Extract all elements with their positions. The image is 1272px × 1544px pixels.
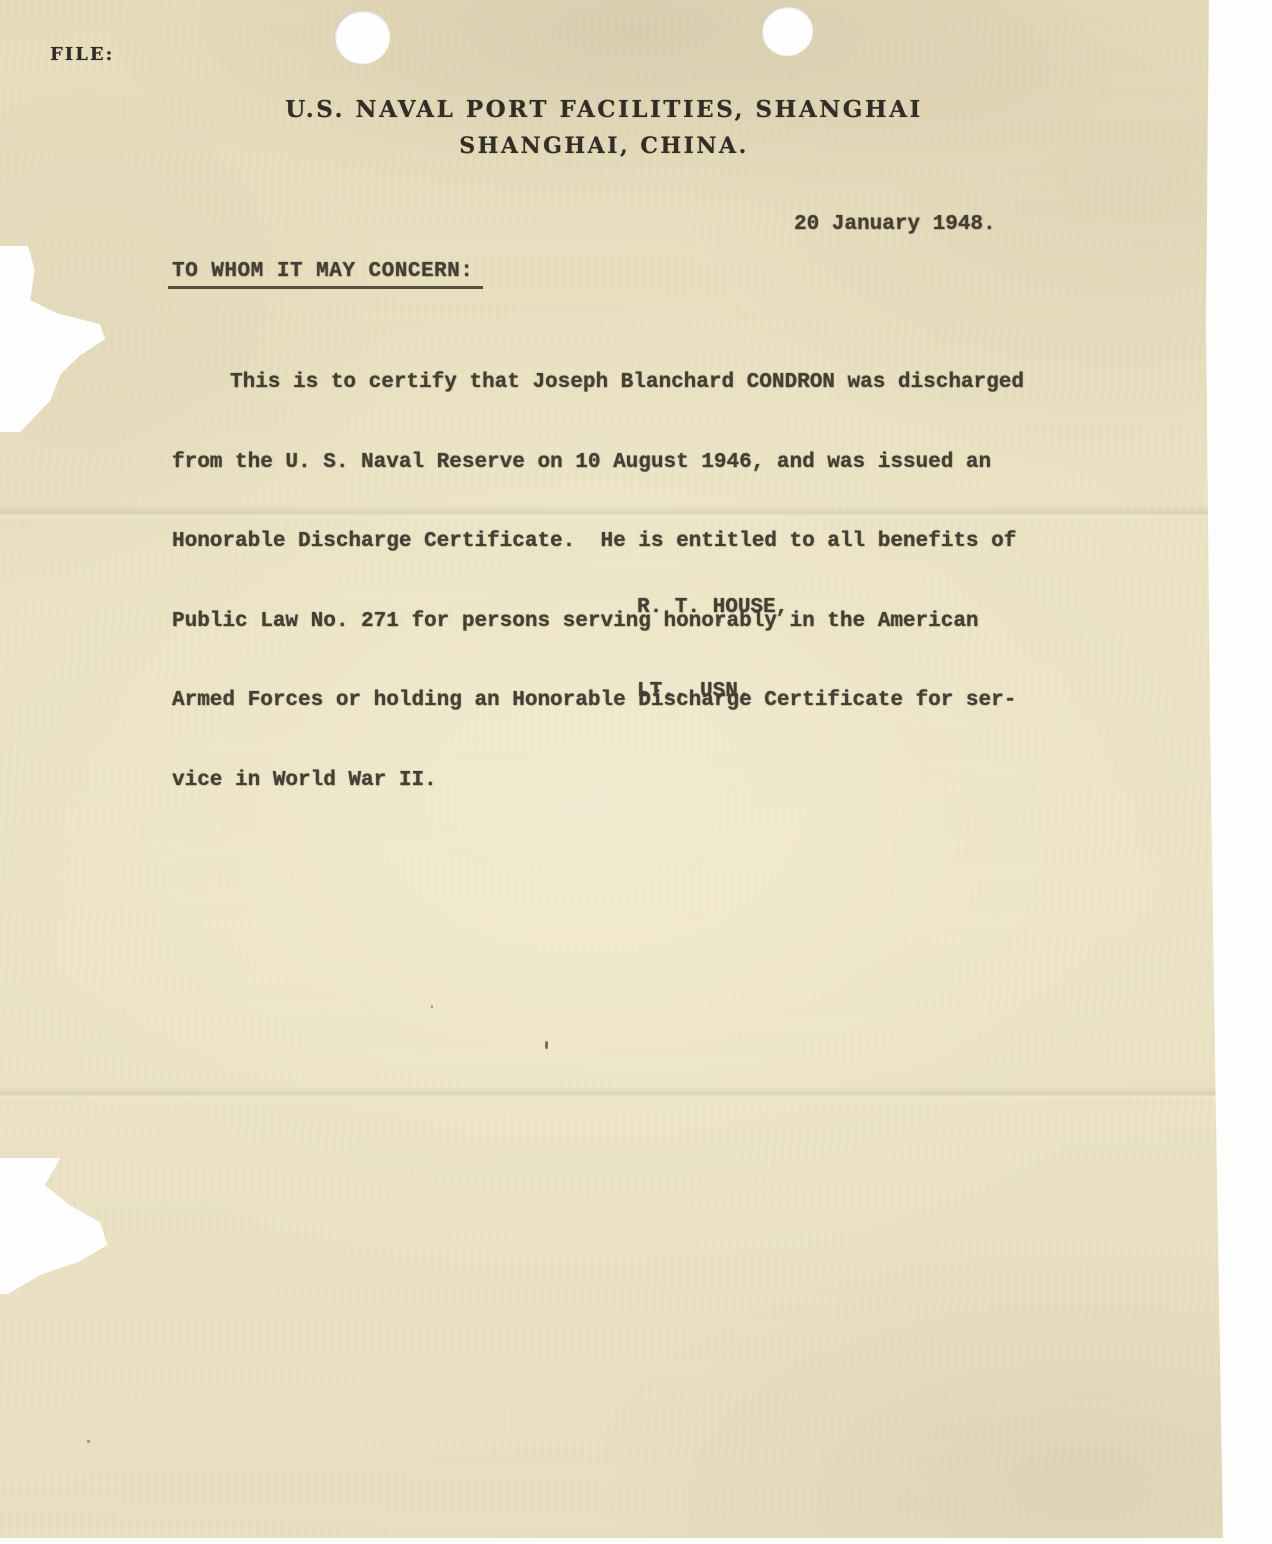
signature-rank: LT., USN.	[637, 678, 788, 706]
torn-edge-upper	[0, 246, 112, 432]
scan-speck	[431, 1005, 433, 1008]
body-line: from the U. S. Naval Reserve on 10 Augus…	[172, 450, 1024, 477]
scan-speck	[545, 1041, 548, 1049]
punch-hole-left	[334, 10, 390, 64]
letterhead-location: SHANGHAI, CHINA.	[0, 133, 1208, 159]
body-line: Public Law No. 271 for persons serving h…	[172, 609, 1024, 636]
body-line: Armed Forces or holding an Honorable Dis…	[172, 688, 1024, 715]
date-line: 20 January 1948.	[794, 213, 996, 236]
scan-speck	[719, 616, 721, 623]
letterhead-org-name: U.S. NAVAL PORT FACILITIES, SHANGHAI	[0, 97, 1208, 123]
file-label: FILE:	[50, 44, 114, 65]
letter-body: This is to certify that Joseph Blanchard…	[172, 317, 1024, 847]
salutation: TO WHOM IT MAY CONCERN:	[168, 260, 483, 289]
torn-edge-lower	[0, 1158, 112, 1294]
scanned-letter: FILE: U.S. NAVAL PORT FACILITIES, SHANGH…	[0, 0, 1272, 1544]
scan-speck	[87, 1440, 90, 1443]
body-line: Honorable Discharge Certificate. He is e…	[172, 529, 1024, 556]
signature-name: R. T. HOUSE,	[637, 594, 788, 622]
punch-hole-right	[761, 6, 813, 56]
fold-crease-lower	[0, 1086, 1224, 1102]
signature-block: R. T. HOUSE, LT., USN.	[637, 538, 788, 762]
body-line: This is to certify that Joseph Blanchard…	[172, 370, 1024, 397]
body-line: vice in World War II.	[172, 768, 1024, 795]
letterhead: U.S. NAVAL PORT FACILITIES, SHANGHAI SHA…	[0, 97, 1208, 159]
paper-sheet: FILE: U.S. NAVAL PORT FACILITIES, SHANGH…	[0, 0, 1224, 1538]
